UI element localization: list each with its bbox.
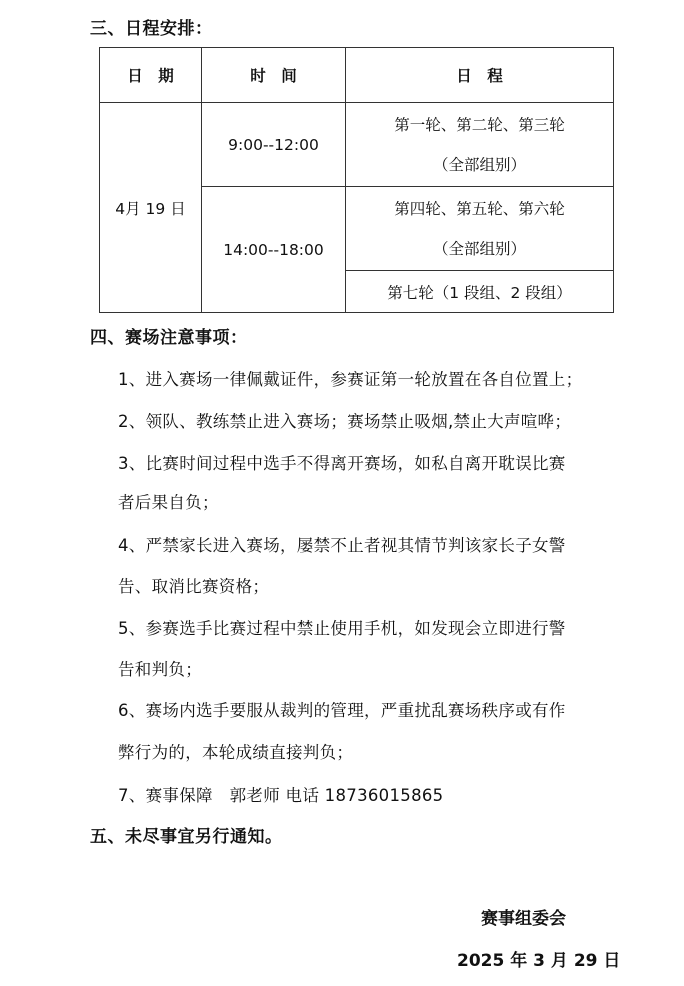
- note-4-cont: 告、取消比赛资格；: [118, 573, 269, 597]
- rounds-line: 第四轮、第五轮、第六轮: [346, 189, 613, 229]
- header-time: 时 间: [202, 48, 346, 103]
- schedule-heading: 三、日程安排：: [90, 14, 213, 39]
- note-4: 4、严禁家长进入赛场，屡禁不止者视其情节判该家长子女警: [118, 532, 566, 556]
- note-6: 6、赛场内选手要服从裁判的管理，严重扰乱赛场秩序或有作: [118, 697, 566, 721]
- note-5: 5、参赛选手比赛过程中禁止使用手机，如发现会立即进行警: [118, 615, 566, 639]
- notes-heading: 四、赛场注意事项：: [90, 323, 248, 348]
- schedule-table: 日 期 时 间 日 程 4月 19 日 9:00--12:00 第一轮、第二轮、…: [99, 47, 614, 313]
- rounds-cell: 第一轮、第二轮、第三轮 （全部组别）: [346, 103, 614, 187]
- note-5-cont: 告和判负；: [118, 656, 202, 680]
- table-row: 4月 19 日 9:00--12:00 第一轮、第二轮、第三轮 （全部组别）: [100, 103, 614, 187]
- note-3: 3、比赛时间过程中选手不得离开赛场，如私自离开耽误比赛: [118, 450, 566, 474]
- time-cell: 14:00--18:00: [202, 187, 346, 313]
- note-3-cont: 者后果自负；: [118, 489, 219, 513]
- header-date: 日 期: [100, 48, 202, 103]
- rounds-group: （全部组别）: [346, 145, 613, 185]
- date-cell: 4月 19 日: [100, 103, 202, 313]
- header-schedule: 日 程: [346, 48, 614, 103]
- note-6-cont: 弊行为的，本轮成绩直接判负；: [118, 739, 353, 763]
- note-1: 1、进入赛场一律佩戴证件，参赛证第一轮放置在各自位置上；: [118, 366, 582, 390]
- rounds-group: （全部组别）: [346, 229, 613, 269]
- rounds-line: 第一轮、第二轮、第三轮: [346, 105, 613, 145]
- rounds-cell: 第七轮（1 段组、2 段组）: [346, 271, 614, 313]
- note-2: 2、领队、教练禁止进入赛场；赛场禁止吸烟,禁止大声喧哗；: [118, 408, 571, 432]
- signature-date: 2025 年 3 月 29 日: [457, 946, 620, 971]
- time-cell: 9:00--12:00: [202, 103, 346, 187]
- table-header-row: 日 期 时 间 日 程: [100, 48, 614, 103]
- note-7: 7、赛事保障 郭老师 电话 18736015865: [118, 782, 443, 806]
- signature-org: 赛事组委会: [481, 904, 566, 929]
- rounds-cell: 第四轮、第五轮、第六轮 （全部组别）: [346, 187, 614, 271]
- closing-heading: 五、未尽事宜另行通知。: [90, 822, 283, 847]
